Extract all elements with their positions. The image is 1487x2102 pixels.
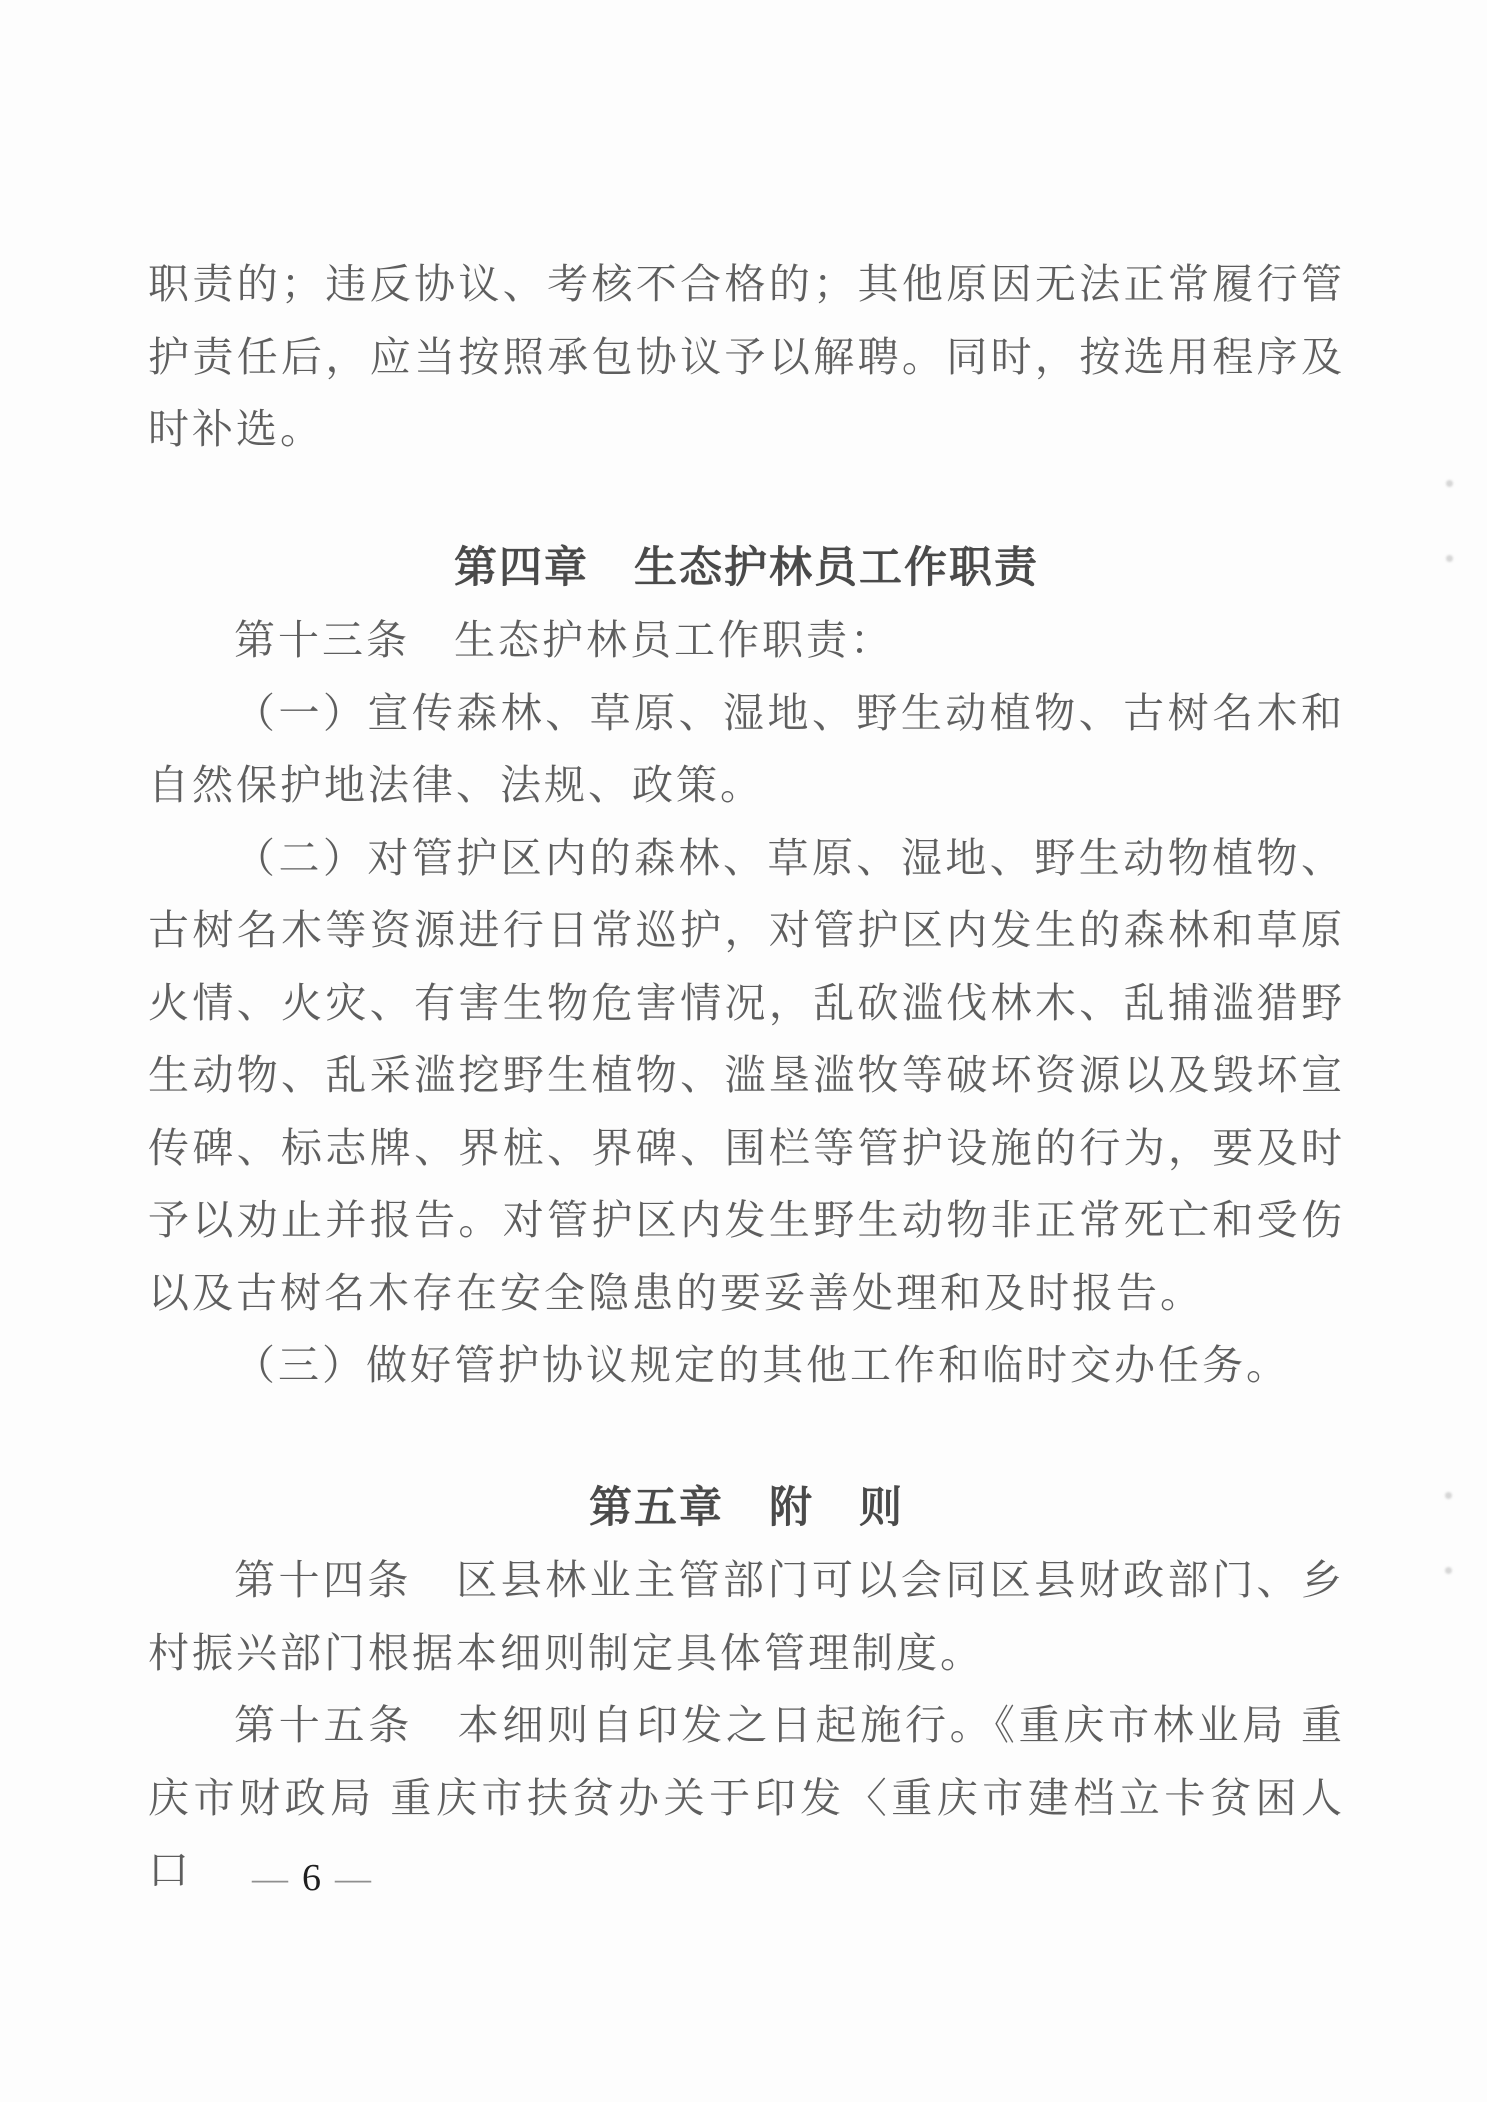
body-line: 职责的；违反协议、考核不合格的；其他原因无法正常履行管 [148, 248, 1345, 321]
body-line: 生动物、乱采滥挖野生植物、滥垦滥牧等破坏资源以及毁坏宣 [148, 1039, 1345, 1112]
scan-artifact-dot [1446, 555, 1453, 562]
scan-artifact-dot [1446, 480, 1453, 487]
body-line: 以及古树名木存在安全隐患的要妥善处理和及时报告。 [148, 1257, 1345, 1330]
body-line: 庆市财政局 重庆市扶贫办关于印发〈重庆市建档立卡贫困人口 [148, 1762, 1345, 1835]
page-number-dash-left: — [238, 1858, 302, 1898]
body-line: 火情、火灾、有害生物危害情况，乱砍滥伐林木、乱捕滥猎野 [148, 967, 1345, 1040]
body-line: 传碑、标志牌、界桩、界碑、围栏等管护设施的行为，要及时 [148, 1112, 1345, 1185]
page-number: —6— [238, 1852, 385, 1904]
body-line: 护责任后，应当按照承包协议予以解聘。同时，按选用程序及 [148, 321, 1345, 394]
body-line: （二）对管护区内的森林、草原、湿地、野生动物植物、 [148, 822, 1345, 895]
scan-artifact-dot [1445, 1567, 1452, 1574]
body-line: （一）宣传森林、草原、湿地、野生动植物、古树名木和 [148, 677, 1345, 750]
scan-artifact-dot [1445, 1492, 1452, 1499]
body-line: 时补选。 [148, 393, 1345, 466]
article-15-line: 第十五条 本细则自印发之日起施行。《重庆市林业局 重 [148, 1689, 1345, 1762]
article-13-line: 第十三条 生态护林员工作职责： [148, 604, 1345, 677]
body-line: （三）做好管护协议规定的其他工作和临时交办任务。 [148, 1329, 1345, 1402]
chapter-5-heading: 第五章 附 则 [148, 1472, 1345, 1545]
body-line: 村振兴部门根据本细则制定具体管理制度。 [148, 1617, 1345, 1690]
section-gap [148, 1402, 1345, 1472]
text-block: 职责的；违反协议、考核不合格的；其他原因无法正常履行管 护责任后，应当按照承包协… [148, 248, 1345, 1834]
document-page: 职责的；违反协议、考核不合格的；其他原因无法正常履行管 护责任后，应当按照承包协… [0, 0, 1487, 2102]
chapter-4-heading: 第四章 生态护林员工作职责 [148, 532, 1345, 605]
body-line: 予以劝止并报告。对管护区内发生野生动物非正常死亡和受伤 [148, 1184, 1345, 1257]
body-line: 古树名木等资源进行日常巡护，对管护区内发生的森林和草原 [148, 894, 1345, 967]
article-14-line: 第十四条 区县林业主管部门可以会同区县财政部门、乡 [148, 1544, 1345, 1617]
page-number-dash-right: — [321, 1858, 385, 1898]
section-gap [148, 466, 1345, 532]
page-number-value: 6 [302, 1857, 321, 1899]
body-line: 自然保护地法律、法规、政策。 [148, 749, 1345, 822]
